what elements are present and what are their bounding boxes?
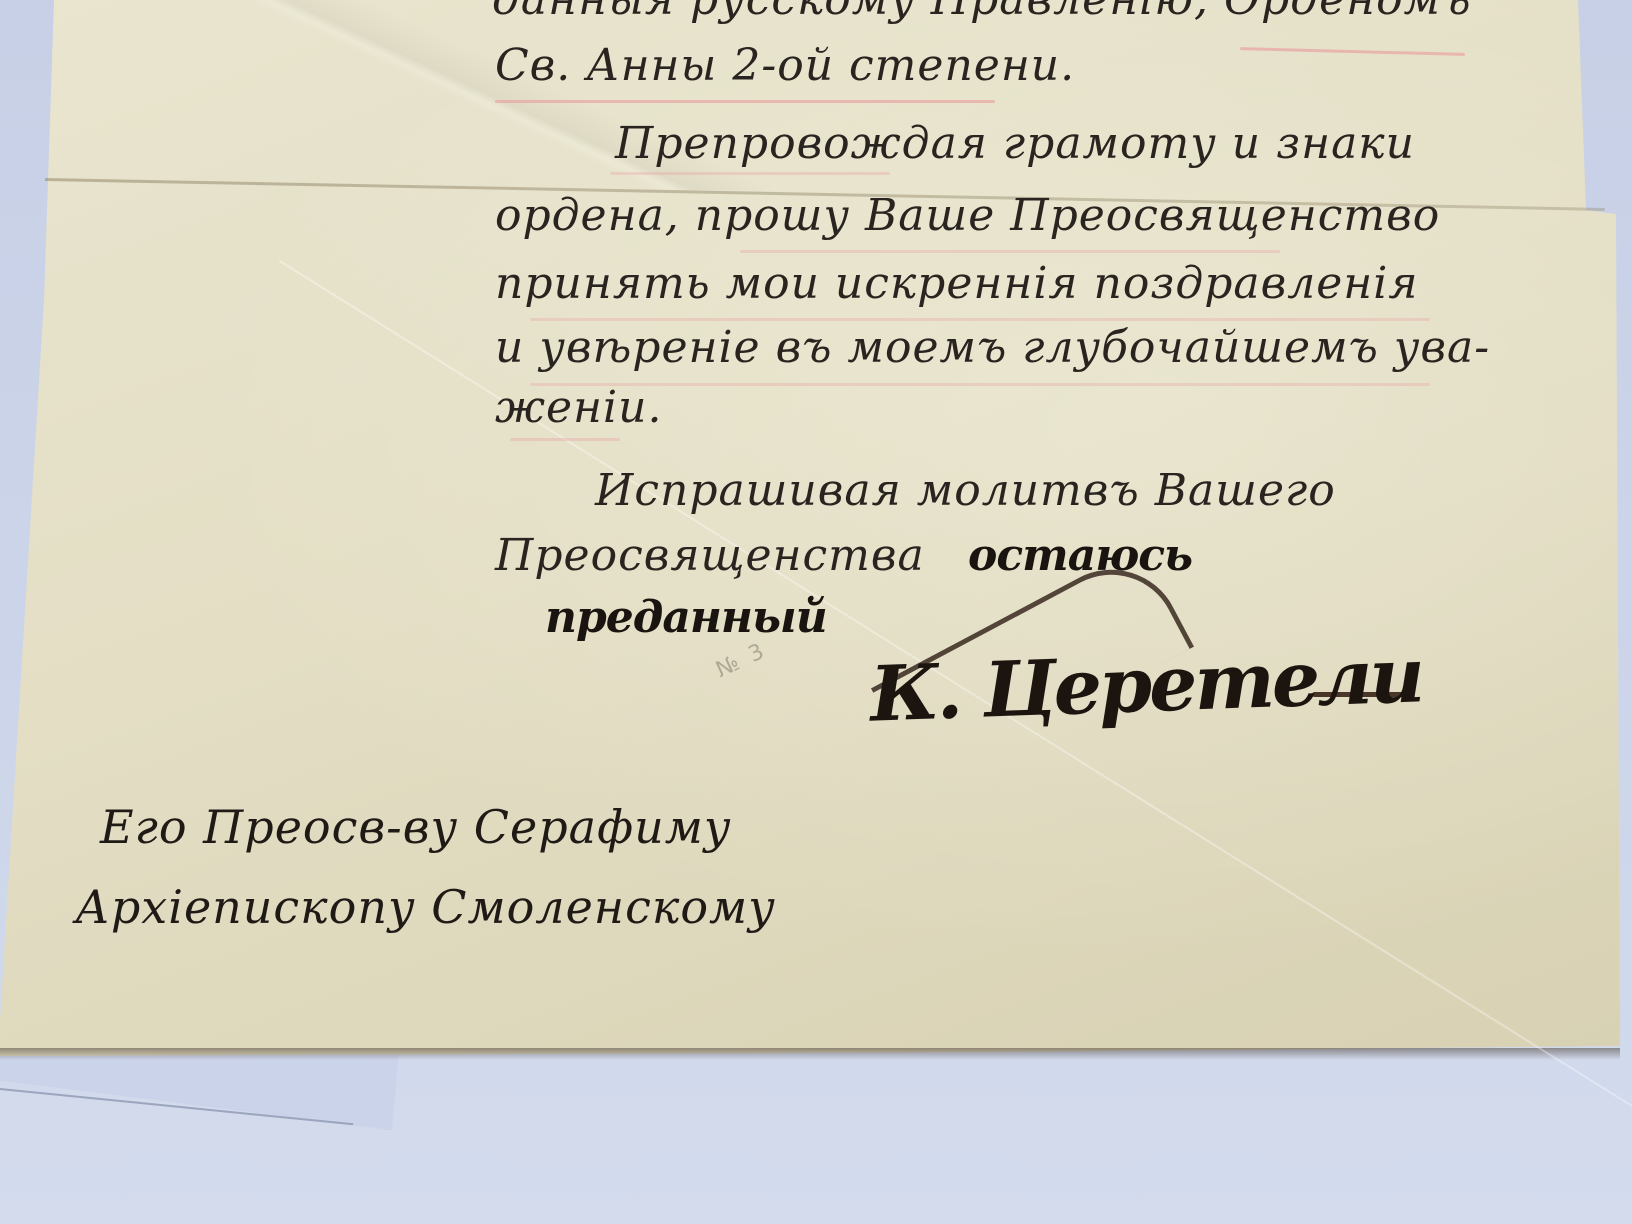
ruled-line [530, 318, 1430, 321]
letter-line: Преосвященства [495, 530, 925, 581]
letter-line: и увѣреніе въ моемъ глубочайшемъ ува- [495, 322, 1490, 373]
letter-line: принять мои искреннія поздравленія [495, 258, 1419, 309]
ruled-line [530, 383, 1430, 386]
closing-remain: остаюсь [968, 530, 1192, 581]
ruled-line [510, 438, 620, 441]
closing-devoted: преданный [545, 592, 827, 643]
letter-line: Препровождая грамоту и знаки [615, 118, 1415, 169]
ruled-line [610, 172, 890, 175]
letter-line: Испрашивая молитвъ Вашего [595, 465, 1336, 516]
paper-shadow [0, 1048, 1620, 1060]
letter-line: женіи. [495, 382, 662, 433]
ruled-line [740, 250, 1280, 253]
letter-line: Св. Анны 2-ой степени. [495, 40, 1075, 91]
ruled-line [495, 100, 995, 103]
addressee-line: Его Преосв-ву Серафиму [100, 800, 732, 854]
addressee-line: Архіепископу Смоленскому [75, 880, 776, 934]
letter-line: данныя русскому Правленію, Орденомъ [492, 0, 1471, 25]
letter-line: ордена, прошу Ваше Преосвященство [495, 190, 1440, 241]
